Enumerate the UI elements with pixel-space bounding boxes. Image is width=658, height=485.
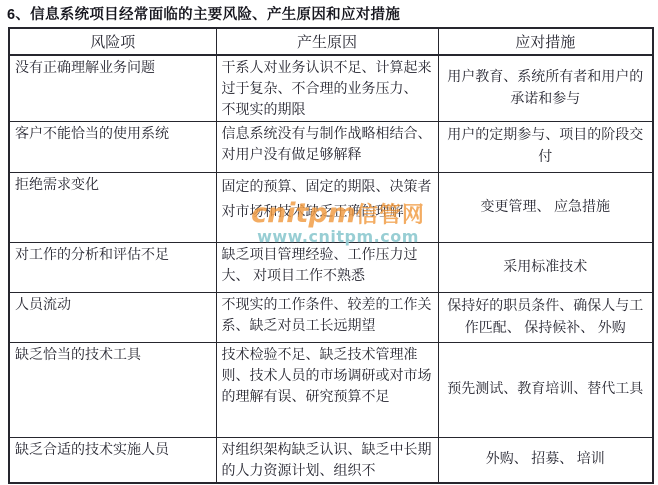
table-row: 缺乏恰当的技术工具 技术检验不足、缺乏技术管理准则、技术人员的市场调研或对市场的… — [9, 343, 653, 438]
cause-cell: 信息系统没有与制作战略相结合、对用户没有做足够解释 — [216, 122, 438, 173]
risk-cell: 对工作的分析和评估不足 — [9, 243, 216, 293]
table-row: 对工作的分析和评估不足 缺乏项目管理经验、工作压力过大、 对项目工作不熟悉 采用… — [9, 243, 653, 293]
table-row: 拒绝需求变化 固定的预算、固定的期限、决策者对市场和技术缺乏正确的理解 变更管理… — [9, 173, 653, 243]
measure-cell: 外购、 招募、 培训 — [438, 438, 653, 484]
measure-cell: 变更管理、 应急措施 — [438, 173, 653, 243]
risk-cell: 没有正确理解业务问题 — [9, 55, 216, 122]
column-header-risk: 风险项 — [9, 28, 216, 55]
cause-cell: 不现实的工作条件、较差的工作关系、缺乏对员工长远期望 — [216, 293, 438, 343]
table-header-row: 风险项 产生原因 应对措施 — [9, 28, 653, 55]
measure-cell: 用户的定期参与、项目的阶段交付 — [438, 122, 653, 173]
measure-cell: 保持好的职员条件、确保人与工作匹配、 保持候补、 外购 — [438, 293, 653, 343]
cause-cell: 干系人对业务认识不足、计算起来过于复杂、不合理的业务压力、 不现实的期限 — [216, 55, 438, 122]
risk-cell: 客户不能恰当的使用系统 — [9, 122, 216, 173]
column-header-measure: 应对措施 — [438, 28, 653, 55]
cause-cell: 技术检验不足、缺乏技术管理准则、技术人员的市场调研或对市场的理解有误、研究预算不… — [216, 343, 438, 438]
measure-cell: 用户教育、系统所有者和用户的承诺和参与 — [438, 55, 653, 122]
document-page: 6、信息系统项目经常面临的主要风险、产生原因和应对措施 风险项 产生原因 应对措… — [0, 0, 658, 485]
cause-cell: 缺乏项目管理经验、工作压力过大、 对项目工作不熟悉 — [216, 243, 438, 293]
table-row: 人员流动 不现实的工作条件、较差的工作关系、缺乏对员工长远期望 保持好的职员条件… — [9, 293, 653, 343]
risk-cell: 人员流动 — [9, 293, 216, 343]
column-header-cause: 产生原因 — [216, 28, 438, 55]
table-row: 缺乏合适的技术实施人员 对组织架构缺乏认识、缺乏中长期的人力资源计划、组织不 外… — [9, 438, 653, 484]
measure-cell: 采用标准技术 — [438, 243, 653, 293]
risk-cell: 拒绝需求变化 — [9, 173, 216, 243]
table-row: 客户不能恰当的使用系统 信息系统没有与制作战略相结合、对用户没有做足够解释 用户… — [9, 122, 653, 173]
table-row: 没有正确理解业务问题 干系人对业务认识不足、计算起来过于复杂、不合理的业务压力、… — [9, 55, 653, 122]
cause-cell: 固定的预算、固定的期限、决策者对市场和技术缺乏正确的理解 — [216, 173, 438, 243]
risk-cell: 缺乏合适的技术实施人员 — [9, 438, 216, 484]
risk-table: 风险项 产生原因 应对措施 没有正确理解业务问题 干系人对业务认识不足、计算起来… — [8, 27, 654, 484]
cause-cell: 对组织架构缺乏认识、缺乏中长期的人力资源计划、组织不 — [216, 438, 438, 484]
page-title: 6、信息系统项目经常面临的主要风险、产生原因和应对措施 — [7, 3, 400, 24]
risk-cell: 缺乏恰当的技术工具 — [9, 343, 216, 438]
measure-cell: 预先测试、教育培训、替代工具 — [438, 343, 653, 438]
